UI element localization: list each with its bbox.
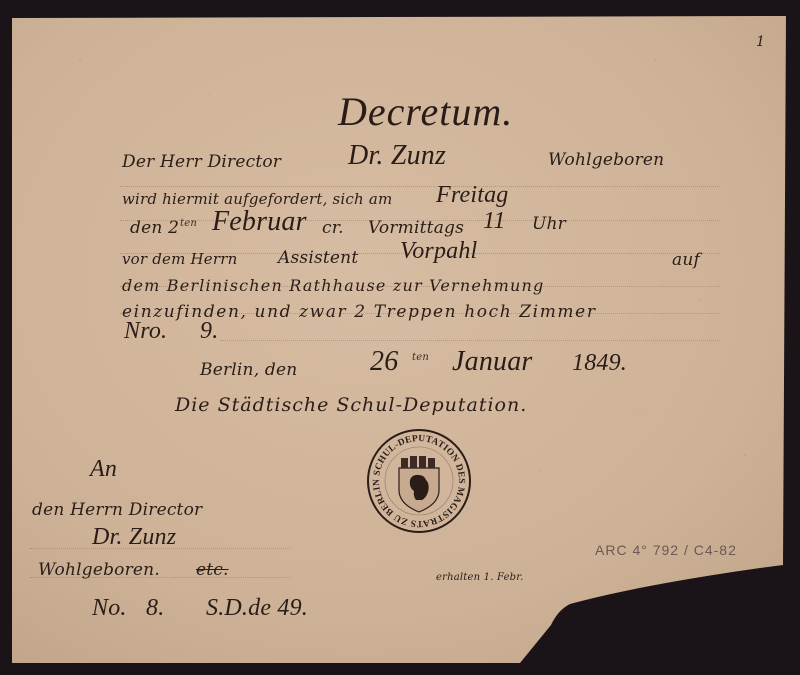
receipt-annotation: erhalten 1. Febr. (436, 572, 524, 583)
address-line-2: den Herrn Director (32, 500, 202, 520)
ref-no: 8. (146, 595, 164, 622)
address-line-4-struck: etc. (196, 560, 229, 580)
ruling-line (220, 340, 720, 341)
month: Februar (212, 206, 307, 238)
body-text: Der Herr Director (122, 152, 281, 172)
official-title: Assistent (278, 248, 358, 268)
ref-code: S.D.de 49. (206, 595, 308, 622)
room-label: Nro. (124, 318, 167, 345)
bear-shield-icon (399, 456, 439, 512)
page-number: 1 (756, 34, 765, 50)
addressee-name: Dr. Zunz (348, 140, 446, 172)
official-name: Vorpahl (400, 238, 477, 265)
body-text: den 2 (130, 218, 179, 238)
body-text: cr. (322, 218, 344, 238)
body-text: Uhr (532, 214, 566, 234)
hour: 11 (483, 208, 506, 235)
ref-no-label: No. (92, 595, 127, 622)
address-line-4: Wohlgeboren. (38, 560, 160, 580)
official-seal: SCHUL-DEPUTATION DES MAGISTRATS ZU BERLI… (366, 428, 472, 534)
date-day: 26 (370, 346, 398, 378)
date-year: 1849. (572, 350, 627, 377)
room-number: 9. (200, 318, 218, 345)
date-day-suffix: ten (412, 352, 429, 363)
issuer-signature: Die Städtische Schul-Deputation. (175, 394, 527, 416)
document-title: Decretum. (338, 88, 513, 135)
body-line-6: einzufinden, und zwar 2 Treppen hoch Zim… (122, 302, 597, 322)
body-text: auf (672, 250, 700, 270)
address-an: An (90, 456, 117, 483)
ruling-line (120, 186, 720, 187)
body-text: Wohlgeboren (548, 150, 664, 170)
ordinal-suffix: ten (180, 218, 197, 229)
archive-signature: ARC 4° 792 / C4-82 (595, 542, 737, 558)
body-line-5: dem Berlinischen Rathhause zur Vernehmun… (122, 276, 544, 295)
date-place: Berlin, den (200, 360, 297, 380)
body-text: vor dem Herrn (122, 250, 237, 268)
address-line-3: Dr. Zunz (92, 524, 176, 551)
body-text: Vormittags (368, 218, 464, 238)
date-month: Januar (452, 346, 533, 378)
document-scan: 1 Decretum. Der Herr Director Dr. Zunz W… (0, 0, 800, 675)
weekday: Freitag (436, 182, 509, 209)
